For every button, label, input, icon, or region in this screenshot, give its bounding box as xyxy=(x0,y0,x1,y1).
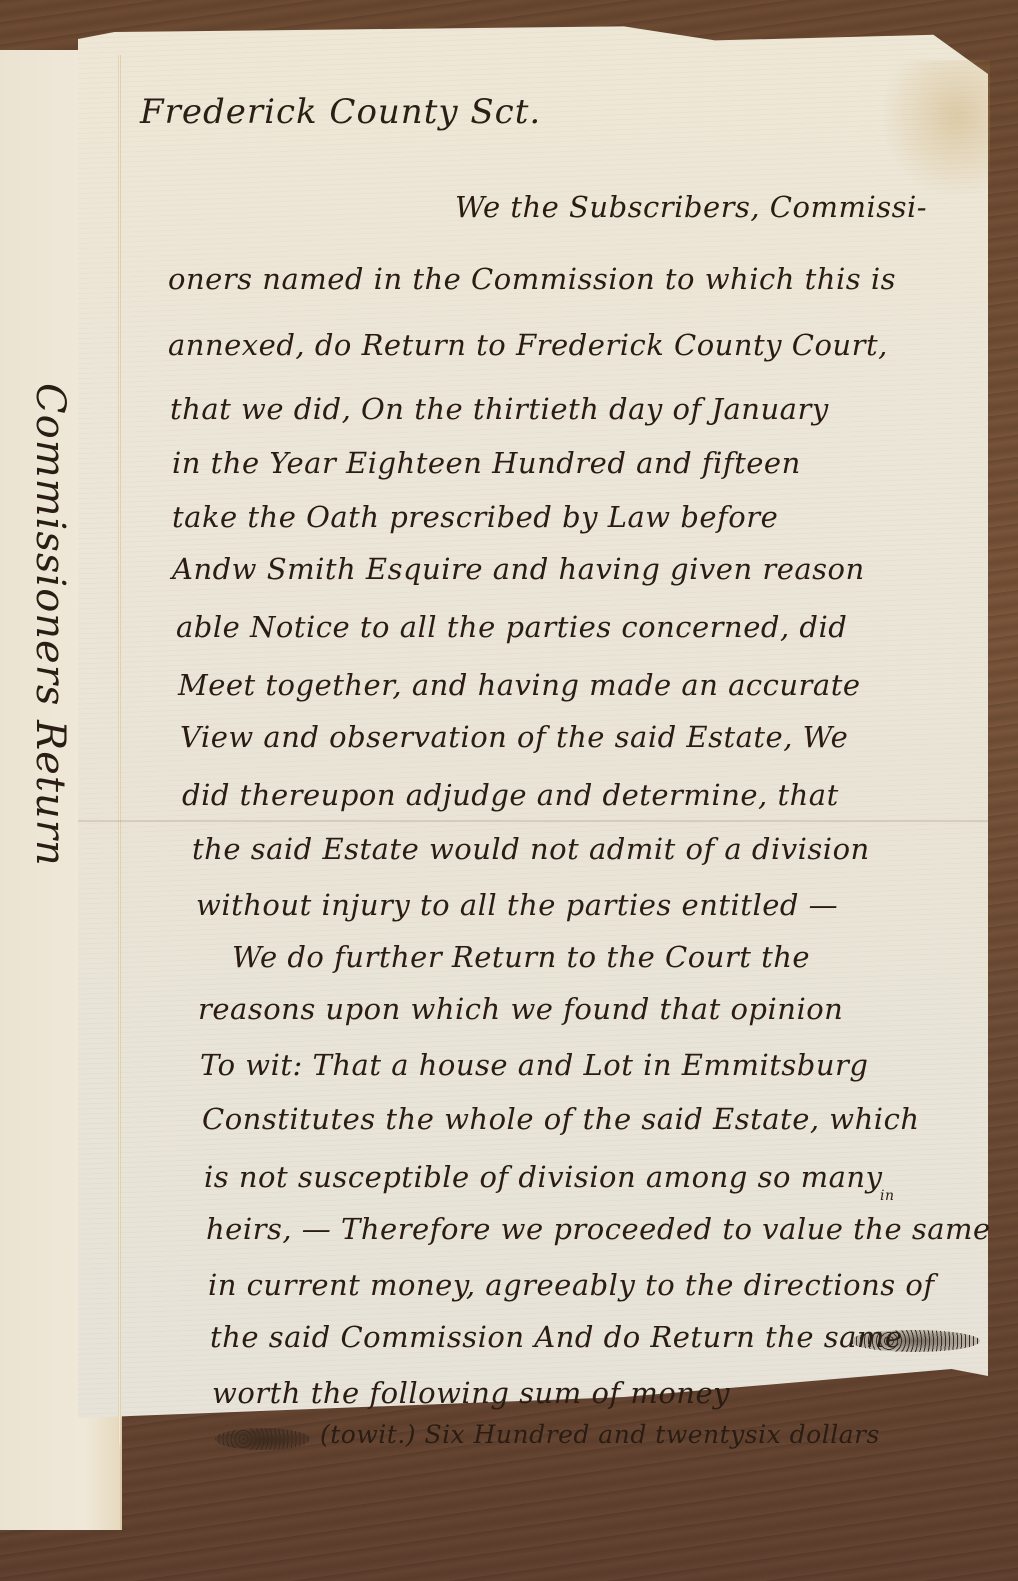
document-line: did thereupon adjudge and determine, tha… xyxy=(182,778,839,812)
spine-endorsement: Commissioners Return xyxy=(27,383,73,783)
document-line: take the Oath prescribed by Law before xyxy=(172,500,778,534)
document-line: the said Estate would not admit of a div… xyxy=(192,832,870,866)
document-line: in the Year Eighteen Hundred and fifteen xyxy=(172,446,801,480)
document-line: is not susceptible of division among so … xyxy=(204,1160,882,1194)
document-line: that we did, On the thirtieth day of Jan… xyxy=(170,392,829,426)
vertical-fold-crease xyxy=(118,55,121,1445)
interlineation: in xyxy=(880,1188,895,1204)
document-line: reasons upon which we found that opinion xyxy=(198,992,843,1026)
document-line: annexed, do Return to Frederick County C… xyxy=(168,328,888,362)
document-line: We do further Return to the Court the xyxy=(232,940,810,974)
document-line: (towit.) Six Hundred and twentysix dolla… xyxy=(320,1420,880,1449)
document-line: View and observation of the said Estate,… xyxy=(180,720,848,754)
document-line: without injury to all the parties entitl… xyxy=(196,888,838,922)
document-sheet xyxy=(78,18,988,1418)
document-line: able Notice to all the parties concerned… xyxy=(176,610,847,644)
struck-out-text xyxy=(850,1330,980,1352)
struck-out-text xyxy=(215,1428,310,1450)
document-line: Meet together, and having made an accura… xyxy=(178,668,861,702)
document-line: Andw Smith Esquire and having given reas… xyxy=(172,552,865,586)
document-line: oners named in the Commission to which t… xyxy=(168,262,896,296)
document-line: in current money, agreeably to the direc… xyxy=(208,1268,935,1302)
document-line: To wit: That a house and Lot in Emmitsbu… xyxy=(200,1048,868,1082)
document-heading: Frederick County Sct. xyxy=(140,92,541,132)
horizontal-fold-crease xyxy=(78,820,988,822)
document-line: worth the following sum of money xyxy=(212,1376,730,1410)
document-line: Constitutes the whole of the said Estate… xyxy=(202,1102,920,1136)
document-line: heirs, — Therefore we proceeded to value… xyxy=(206,1212,991,1246)
document-line: the said Commission And do Return the sa… xyxy=(210,1320,903,1354)
paper-stain xyxy=(880,60,990,200)
document-line: We the Subscribers, Commissi- xyxy=(455,190,927,224)
